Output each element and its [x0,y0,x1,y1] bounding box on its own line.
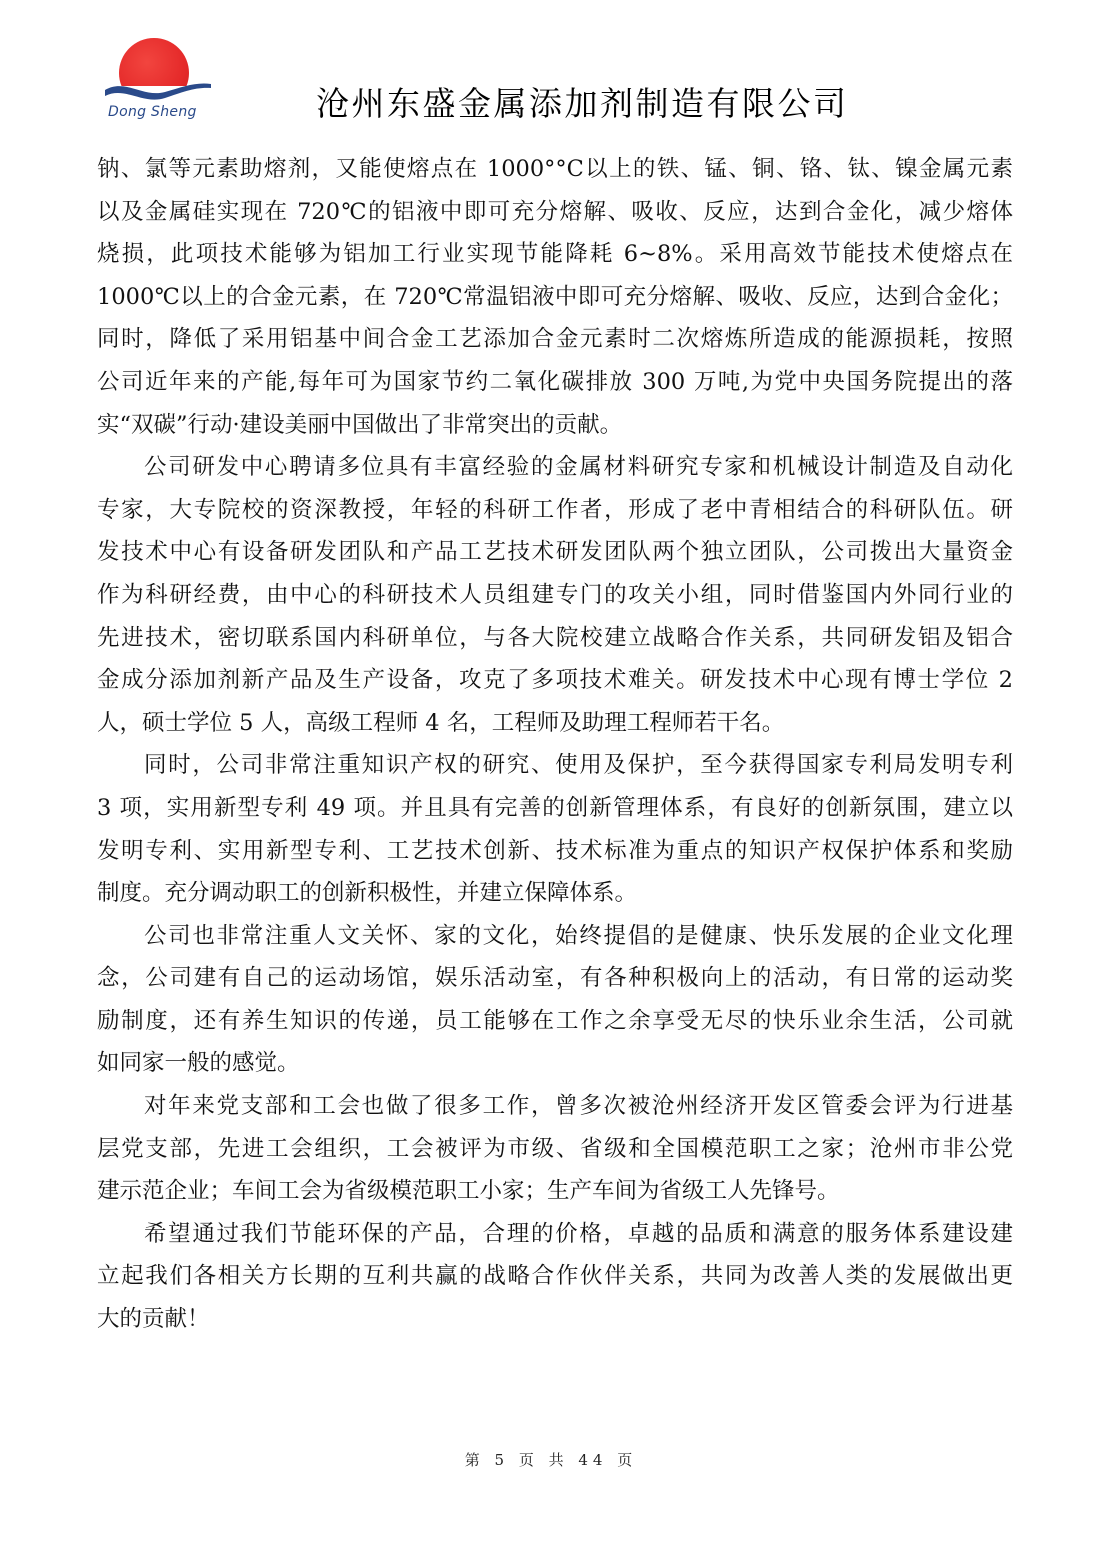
text-line: 对年来党支部和工会也做了很多工作，曾多次被沧州经济开发区管委会评为行进基 [97,1085,1013,1128]
document-body: 钠、氯等元素助熔剂，又能使熔点在 1000°°C以上的铁、锰、铜、铬、钛、镍金属… [97,148,1013,1341]
text-line: 实“双碳”行动·建设美丽中国做出了非常突出的贡献。 [97,404,1013,447]
text-line: 建示范企业；车间工会为省级模范职工小家；生产车间为省级工人先锋号。 [97,1170,1013,1213]
text-line: 烧损，此项技术能够为铝加工行业实现节能降耗 6~8%。采用高效节能技术使熔点在 [97,233,1013,276]
text-line: 公司近年来的产能,每年可为国家节约二氧化碳排放 300 万吨,为党中央国务院提出… [97,361,1013,404]
text-line: 如同家一般的感觉。 [97,1042,1013,1085]
text-line: 念，公司建有自己的运动场馆，娱乐活动室，有各种积极向上的活动，有日常的运动奖 [97,957,1013,1000]
text-line: 立起我们各相关方长期的互利共赢的战略合作伙伴关系，共同为改善人类的发展做出更 [97,1255,1013,1298]
text-line: 希望通过我们节能环保的产品，合理的价格，卓越的品质和满意的服务体系建设建 [97,1213,1013,1256]
text-line: 励制度，还有养生知识的传递，员工能够在工作之余享受无尽的快乐业余生活，公司就 [97,1000,1013,1043]
text-line: 金成分添加剂新产品及生产设备，攻克了多项技术难关。研发技术中心现有博士学位 2 [97,659,1013,702]
paragraph: 钠、氯等元素助熔剂，又能使熔点在 1000°°C以上的铁、锰、铜、铬、钛、镍金属… [97,148,1013,446]
text-line: 1000℃以上的合金元素，在 720℃常温铝液中即可充分熔解、吸收、反应，达到合… [97,276,1013,319]
text-line: 人，硕士学位 5 人，高级工程师 4 名，工程师及助理工程师若干名。 [97,702,1013,745]
text-line: 同时，公司非常注重知识产权的研究、使用及保护，至今获得国家专利局发明专利 [97,744,1013,787]
logo-text: Dong Sheng [108,104,197,120]
text-line: 公司研发中心聘请多位具有丰富经验的金属材料研究专家和机械设计制造及自动化 [97,446,1013,489]
text-line: 层党支部，先进工会组织，工会被评为市级、省级和全国模范职工之家；沧州市非公党 [97,1128,1013,1171]
paragraph: 公司研发中心聘请多位具有丰富经验的金属材料研究专家和机械设计制造及自动化专家，大… [97,446,1013,744]
text-line: 钠、氯等元素助熔剂，又能使熔点在 1000°°C以上的铁、锰、铜、铬、钛、镍金属… [97,148,1013,191]
company-title: 沧州东盛金属添加剂制造有限公司 [316,78,849,125]
text-line: 发技术中心有设备研发团队和产品工艺技术研发团队两个独立团队，公司拨出大量资金 [97,531,1013,574]
paragraph: 对年来党支部和工会也做了很多工作，曾多次被沧州经济开发区管委会评为行进基层党支部… [97,1085,1013,1213]
text-line: 以及金属硅实现在 720℃的铝液中即可充分熔解、吸收、反应，达到合金化，减少熔体 [97,191,1013,234]
paragraph: 同时，公司非常注重知识产权的研究、使用及保护，至今获得国家专利局发明专利3 项，… [97,744,1013,914]
text-line: 同时，降低了采用铝基中间合金工艺添加合金元素时二次熔炼所造成的能源损耗，按照 [97,318,1013,361]
text-line: 3 项，实用新型专利 49 项。并且具有完善的创新管理体系，有良好的创新氛围，建… [97,787,1013,830]
paragraph: 公司也非常注重人文关怀、家的文化，始终提倡的是健康、快乐发展的企业文化理念，公司… [97,915,1013,1085]
text-line: 制度。充分调动职工的创新积极性，并建立保障体系。 [97,872,1013,915]
text-line: 先进技术，密切联系国内科研单位，与各大院校建立战略合作关系，共同研发铝及铝合 [97,617,1013,660]
paragraph: 希望通过我们节能环保的产品，合理的价格，卓越的品质和满意的服务体系建设建立起我们… [97,1213,1013,1341]
company-logo: Dong Sheng [103,34,213,124]
text-line: 专家，大专院校的资深教授，年轻的科研工作者，形成了老中青相结合的科研队伍。研 [97,489,1013,532]
text-line: 发明专利、实用新型专利、工艺技术创新、技术标准为重点的知识产权保护体系和奖励 [97,830,1013,873]
text-line: 作为科研经费，由中心的科研技术人员组建专门的攻关小组，同时借鉴国内外同行业的 [97,574,1013,617]
text-line: 公司也非常注重人文关怀、家的文化，始终提倡的是健康、快乐发展的企业文化理 [97,915,1013,958]
page-number: 第 5 页 共 44 页 [0,1449,1102,1470]
text-line: 大的贡献！ [97,1298,1013,1341]
